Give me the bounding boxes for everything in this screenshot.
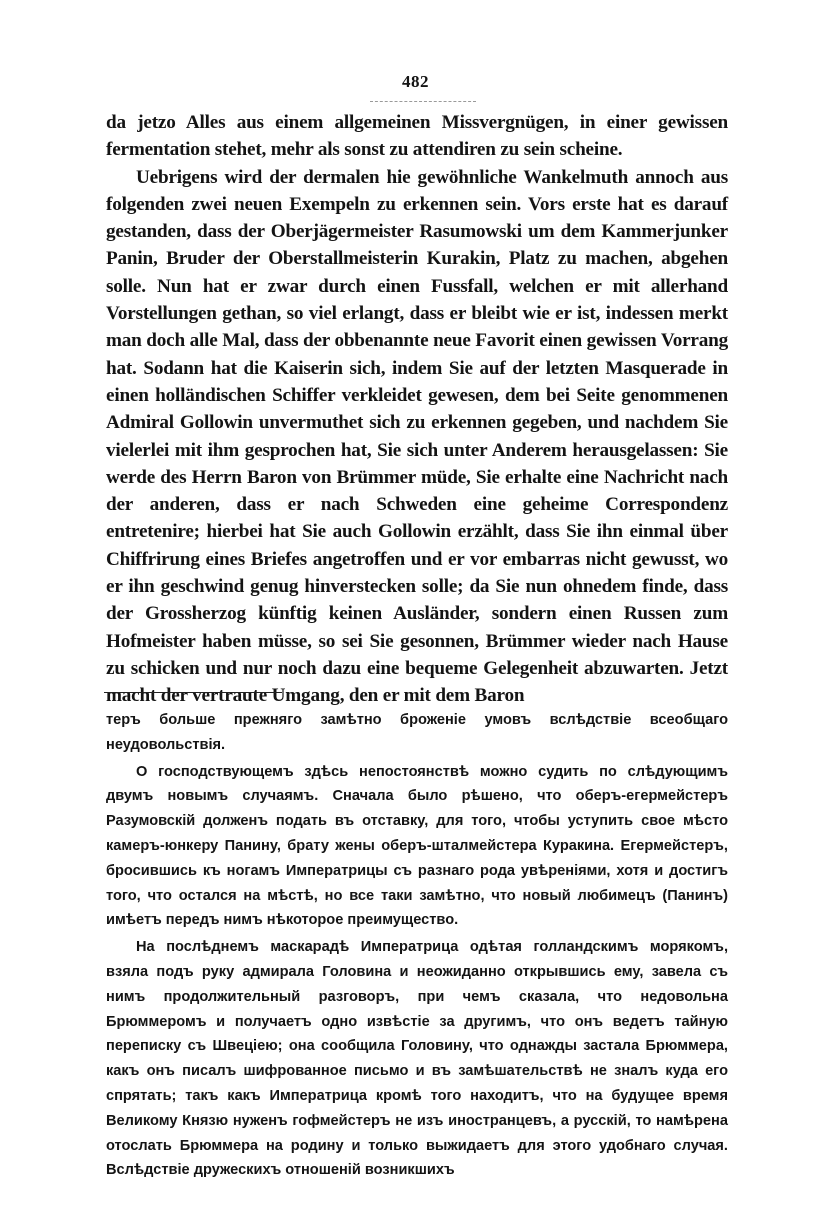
header-rule [370,101,476,102]
footnote-russian-translation: теръ больше прежняго замѣтно броженіе ум… [106,708,728,1183]
paragraph: da jetzo Alles aus einem allgemeinen Mis… [106,109,728,164]
footnote-paragraph: теръ больше прежняго замѣтно броженіе ум… [106,708,728,758]
paragraph: Uebrigens wird der dermalen hie gewöhnli… [106,164,728,710]
footnote-paragraph: На послѣднемъ маскарадѣ Императрица одѣт… [106,935,728,1183]
page-number: 482 [0,72,831,92]
main-text-german: da jetzo Alles aus einem allgemeinen Mis… [106,109,728,710]
footnote-paragraph: О господствующемъ здѣсь непостоянствѣ мо… [106,760,728,934]
footnote-separator [104,692,282,693]
